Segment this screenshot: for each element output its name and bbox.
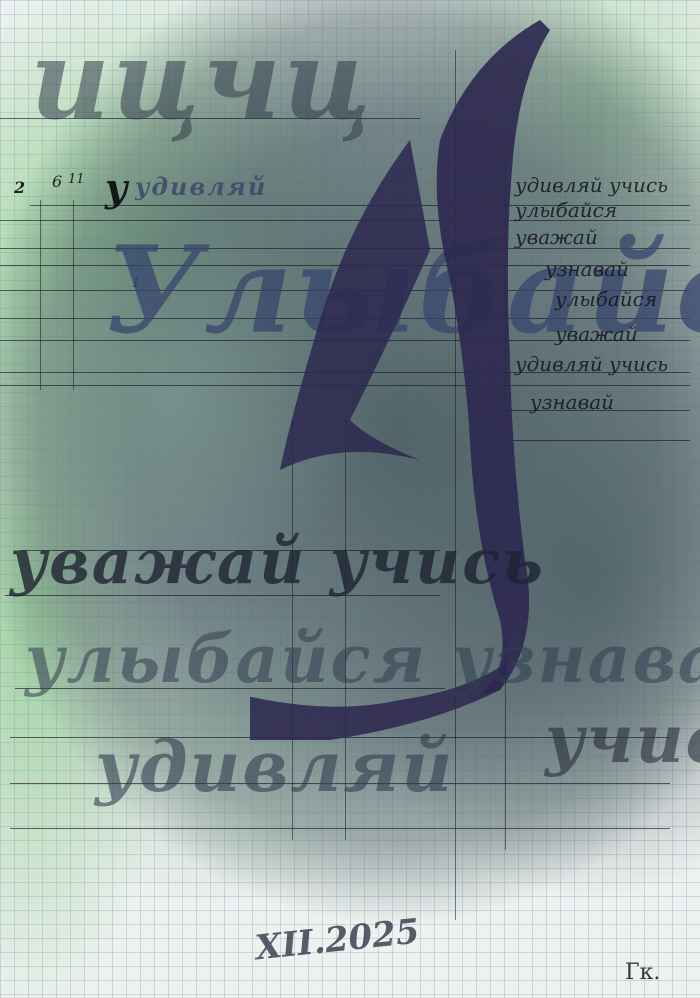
guide-rule (10, 828, 670, 829)
signature: Гк. (625, 960, 660, 985)
guide-vertical (73, 200, 74, 390)
script-line: улыбайся (515, 198, 617, 222)
artwork-sheet: 2 6 11 1 ицчц у удивляй Улыбайся удивляй… (0, 0, 700, 998)
script-line: уважай (515, 225, 598, 249)
guide-number: 2 (14, 178, 25, 197)
guide-vertical (40, 200, 41, 390)
script-line: уважай (555, 322, 638, 346)
script-line: улыбайся (555, 287, 657, 311)
lower-gothic-line: уважай учись (10, 525, 545, 598)
guide-number: 6 (52, 172, 62, 191)
initial-letter: у (105, 165, 130, 210)
script-line: узнавай (545, 257, 629, 281)
lower-gothic-line: удивляй (95, 725, 454, 808)
lower-gothic-line: учись (545, 700, 700, 778)
script-line: удивляй учись (515, 352, 668, 376)
guide-number: 11 (68, 172, 85, 187)
lower-gothic-line: улыбайся узнавай (25, 620, 700, 698)
small-gothic-word: удивляй (135, 172, 267, 201)
script-line: узнавай (530, 390, 614, 414)
script-line: удивляй учись (515, 173, 668, 197)
